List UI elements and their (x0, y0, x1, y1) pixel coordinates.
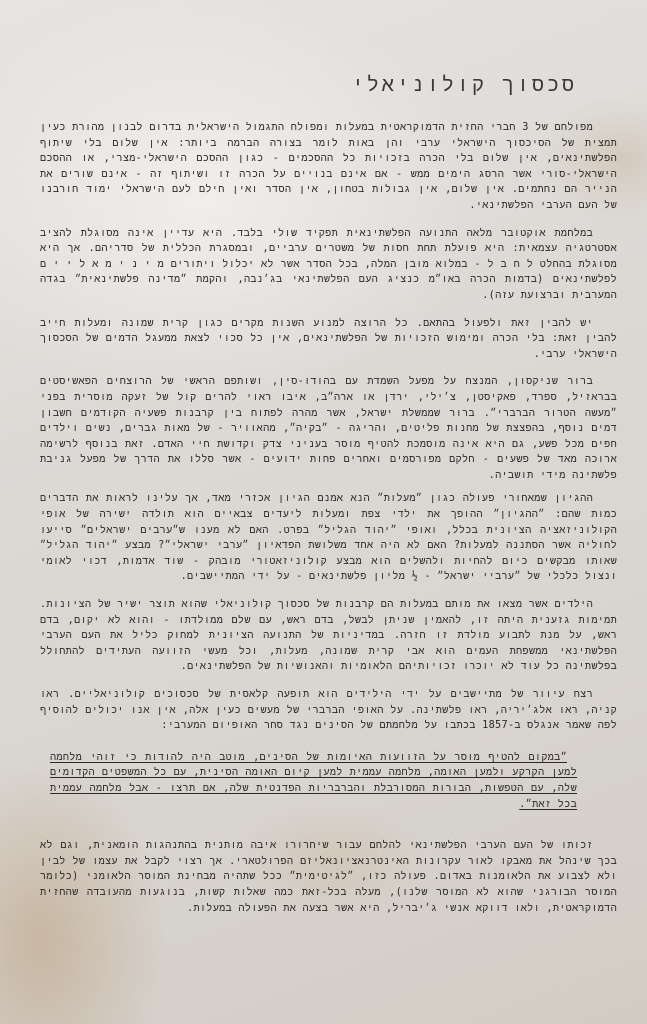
paragraph-6: הילדים אשר מצאו את מותם במעלות הם קרבנות… (40, 597, 617, 675)
paragraph-5: ההגיון שמאחורי פעולה כגון ״מעלות״ הנא אמ… (40, 491, 617, 585)
document-page: סכסוך קולוניאלי מפולחם של 3 חברי החזית ה… (0, 0, 647, 1024)
paragraph-1: מפולחם של 3 חברי החזית הדמוקראטית במעלות… (40, 120, 617, 214)
document-body: מפולחם של 3 חברי החזית הדמוקראטית במעלות… (40, 120, 617, 928)
paragraph-4: ברור שניקסון, המנצח על מפעל השמדת עם בהו… (40, 374, 617, 483)
document-title: סכסוך קולוניאלי (352, 72, 577, 98)
engels-quote: ״במקום להטיף מוסר על הזוועות האיומות של … (50, 750, 577, 812)
paragraph-3: יש להבין זאת ולפעול בהתאם. כל הרוצה למנו… (40, 316, 617, 363)
paragraph-2: במלחמת אוקטובר מלאה התנועה הפלשתינאית תפ… (40, 226, 617, 304)
paragraph-7: רצח עיוור של מתיישבים על ידי הילידים הוא… (40, 687, 617, 734)
closing-paragraph: זכותו של העם הערבי הפלשתינאי להלחם עבור … (40, 838, 617, 916)
